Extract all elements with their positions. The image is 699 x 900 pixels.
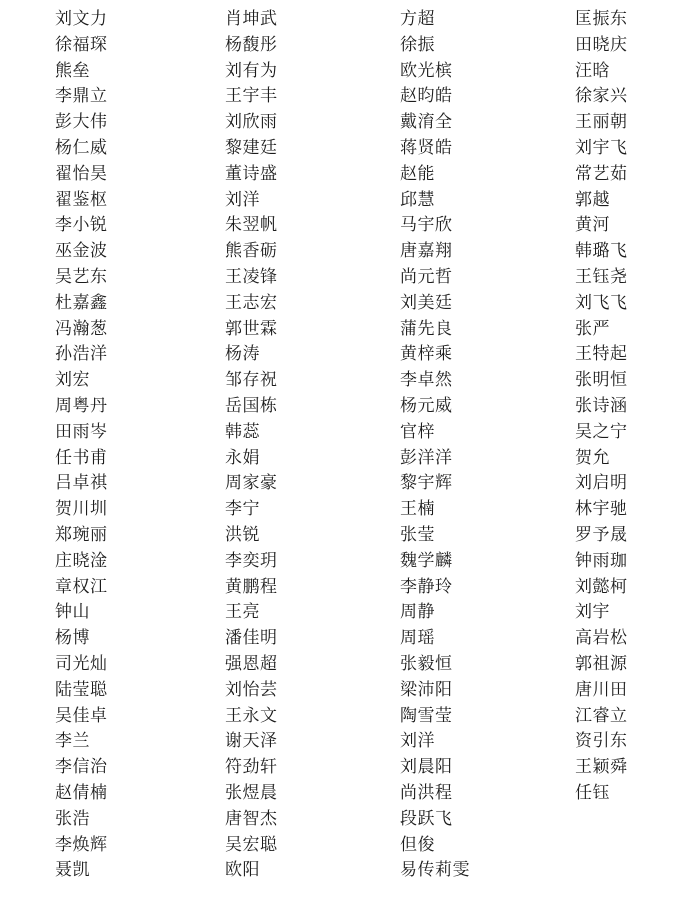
list-item: 巫金波	[55, 239, 225, 265]
list-item: 官梓	[400, 420, 575, 446]
list-item: 赵倩楠	[55, 781, 225, 807]
list-item: 庄晓淦	[55, 549, 225, 575]
list-item: 彭洋洋	[400, 446, 575, 472]
list-item: 张浩	[55, 807, 225, 833]
list-item: 戴淯全	[400, 110, 575, 136]
list-item: 林宇驰	[575, 497, 669, 523]
list-item: 翟怡昊	[55, 162, 225, 188]
list-item: 刘懿柯	[575, 575, 669, 601]
list-item: 王楠	[400, 497, 575, 523]
list-item: 黎宇辉	[400, 471, 575, 497]
list-item: 王志宏	[225, 291, 400, 317]
list-item: 贺允	[575, 446, 669, 472]
list-item: 王钰尧	[575, 265, 669, 291]
list-item: 王凌锋	[225, 265, 400, 291]
list-item: 章权江	[55, 575, 225, 601]
list-item: 谢天泽	[225, 729, 400, 755]
list-item: 汪晗	[575, 59, 669, 85]
list-item: 徐振	[400, 33, 575, 59]
list-item: 刘晨阳	[400, 755, 575, 781]
list-item: 司光灿	[55, 652, 225, 678]
list-item: 张莹	[400, 523, 575, 549]
list-item: 吴之宁	[575, 420, 669, 446]
list-item: 李鼎立	[55, 84, 225, 110]
list-item: 李焕辉	[55, 833, 225, 859]
list-item: 贺川圳	[55, 497, 225, 523]
list-item: 任钰	[575, 781, 669, 807]
list-item: 王亮	[225, 600, 400, 626]
list-item: 欧阳	[225, 858, 400, 884]
name-column-3: 方超徐振欧光槟赵昀皓戴淯全蒋贤皓赵能邱慧马宇欣唐嘉翔尚元哲刘美廷蒲先良黄梓乘李卓…	[400, 7, 575, 884]
list-item: 邱慧	[400, 188, 575, 214]
list-item: 尚洪程	[400, 781, 575, 807]
list-item: 熊香砺	[225, 239, 400, 265]
list-item: 尚元哲	[400, 265, 575, 291]
list-item: 张明恒	[575, 368, 669, 394]
list-item: 刘飞飞	[575, 291, 669, 317]
list-item: 方超	[400, 7, 575, 33]
list-item: 符劲轩	[225, 755, 400, 781]
list-item: 朱翌帆	[225, 213, 400, 239]
list-item: 王宇丰	[225, 84, 400, 110]
list-item: 翟鉴枢	[55, 188, 225, 214]
list-item: 邹存祝	[225, 368, 400, 394]
list-item: 杨仁威	[55, 136, 225, 162]
list-item: 黄河	[575, 213, 669, 239]
list-item: 王丽朝	[575, 110, 669, 136]
list-item: 马宇欣	[400, 213, 575, 239]
list-item: 梁沛阳	[400, 678, 575, 704]
list-item: 王颖舜	[575, 755, 669, 781]
list-item: 张诗涵	[575, 394, 669, 420]
list-item: 钟山	[55, 600, 225, 626]
list-item: 张煜晨	[225, 781, 400, 807]
list-item: 孙浩洋	[55, 342, 225, 368]
list-item: 刘怡芸	[225, 678, 400, 704]
list-item: 赵昀皓	[400, 84, 575, 110]
list-item: 李兰	[55, 729, 225, 755]
list-item: 吕卓祺	[55, 471, 225, 497]
name-column-1: 刘文力徐福琛熊垒李鼎立彭大伟杨仁威翟怡昊翟鉴枢李小锐巫金波吴艺东杜嘉鑫冯瀚葱孙浩…	[55, 7, 225, 884]
list-item: 张严	[575, 317, 669, 343]
name-column-4: 匡振东田晓庆汪晗徐家兴王丽朝刘宇飞常艺茹郭越黄河韩璐飞王钰尧刘飞飞张严王特起张明…	[575, 7, 669, 807]
list-item: 刘洋	[400, 729, 575, 755]
list-item: 吴艺东	[55, 265, 225, 291]
list-item: 王永文	[225, 704, 400, 730]
list-item: 冯瀚葱	[55, 317, 225, 343]
list-item: 但俊	[400, 833, 575, 859]
list-item: 唐嘉翔	[400, 239, 575, 265]
list-item: 李宁	[225, 497, 400, 523]
list-item: 罗予晟	[575, 523, 669, 549]
list-item: 潘佳明	[225, 626, 400, 652]
list-item: 李小锐	[55, 213, 225, 239]
list-item: 刘美廷	[400, 291, 575, 317]
list-item: 刘有为	[225, 59, 400, 85]
list-item: 刘宇飞	[575, 136, 669, 162]
list-item: 郭祖源	[575, 652, 669, 678]
list-item: 李信治	[55, 755, 225, 781]
list-item: 徐福琛	[55, 33, 225, 59]
list-item: 王特起	[575, 342, 669, 368]
list-item: 彭大伟	[55, 110, 225, 136]
list-item: 强恩超	[225, 652, 400, 678]
name-list: 刘文力徐福琛熊垒李鼎立彭大伟杨仁威翟怡昊翟鉴枢李小锐巫金波吴艺东杜嘉鑫冯瀚葱孙浩…	[0, 0, 699, 900]
list-item: 黎建廷	[225, 136, 400, 162]
list-item: 唐川田	[575, 678, 669, 704]
list-item: 李卓然	[400, 368, 575, 394]
list-item: 周粤丹	[55, 394, 225, 420]
list-item: 钟雨珈	[575, 549, 669, 575]
list-item: 段跃飞	[400, 807, 575, 833]
list-item: 陆莹聪	[55, 678, 225, 704]
list-item: 李静玲	[400, 575, 575, 601]
list-item: 高岩松	[575, 626, 669, 652]
list-item: 永娟	[225, 446, 400, 472]
list-item: 陶雪莹	[400, 704, 575, 730]
list-item: 欧光槟	[400, 59, 575, 85]
list-item: 肖坤武	[225, 7, 400, 33]
name-column-2: 肖坤武杨馥彤刘有为王宇丰刘欣雨黎建廷董诗盛刘洋朱翌帆熊香砺王凌锋王志宏郭世霖杨涛…	[225, 7, 400, 884]
list-item: 郑琬丽	[55, 523, 225, 549]
list-item: 常艺茹	[575, 162, 669, 188]
list-item: 田晓庆	[575, 33, 669, 59]
list-item: 韩蕊	[225, 420, 400, 446]
list-item: 韩璐飞	[575, 239, 669, 265]
list-item: 刘启明	[575, 471, 669, 497]
list-item: 刘洋	[225, 188, 400, 214]
list-item: 蒋贤皓	[400, 136, 575, 162]
list-item: 黄鹏程	[225, 575, 400, 601]
list-item: 杨涛	[225, 342, 400, 368]
list-item: 岳国栋	[225, 394, 400, 420]
list-item: 郭世霖	[225, 317, 400, 343]
list-item: 徐家兴	[575, 84, 669, 110]
list-item: 董诗盛	[225, 162, 400, 188]
list-item: 唐智杰	[225, 807, 400, 833]
list-item: 吴佳卓	[55, 704, 225, 730]
list-item: 刘欣雨	[225, 110, 400, 136]
list-item: 李奕玥	[225, 549, 400, 575]
list-item: 杨元威	[400, 394, 575, 420]
list-item: 魏学麟	[400, 549, 575, 575]
list-item: 匡振东	[575, 7, 669, 33]
list-item: 郭越	[575, 188, 669, 214]
list-item: 吴宏聪	[225, 833, 400, 859]
list-item: 江睿立	[575, 704, 669, 730]
list-item: 蒲先良	[400, 317, 575, 343]
list-item: 聂凯	[55, 858, 225, 884]
list-item: 刘文力	[55, 7, 225, 33]
list-item: 赵能	[400, 162, 575, 188]
list-item: 杜嘉鑫	[55, 291, 225, 317]
list-item: 杨馥彤	[225, 33, 400, 59]
list-item: 刘宏	[55, 368, 225, 394]
list-item: 杨博	[55, 626, 225, 652]
list-item: 田雨岑	[55, 420, 225, 446]
list-item: 周家豪	[225, 471, 400, 497]
list-item: 易传莉雯	[400, 858, 575, 884]
list-item: 刘宇	[575, 600, 669, 626]
list-item: 资引东	[575, 729, 669, 755]
list-item: 熊垒	[55, 59, 225, 85]
list-item: 周瑶	[400, 626, 575, 652]
list-item: 张毅恒	[400, 652, 575, 678]
list-item: 黄梓乘	[400, 342, 575, 368]
list-item: 周静	[400, 600, 575, 626]
list-item: 洪锐	[225, 523, 400, 549]
list-item: 任书甫	[55, 446, 225, 472]
